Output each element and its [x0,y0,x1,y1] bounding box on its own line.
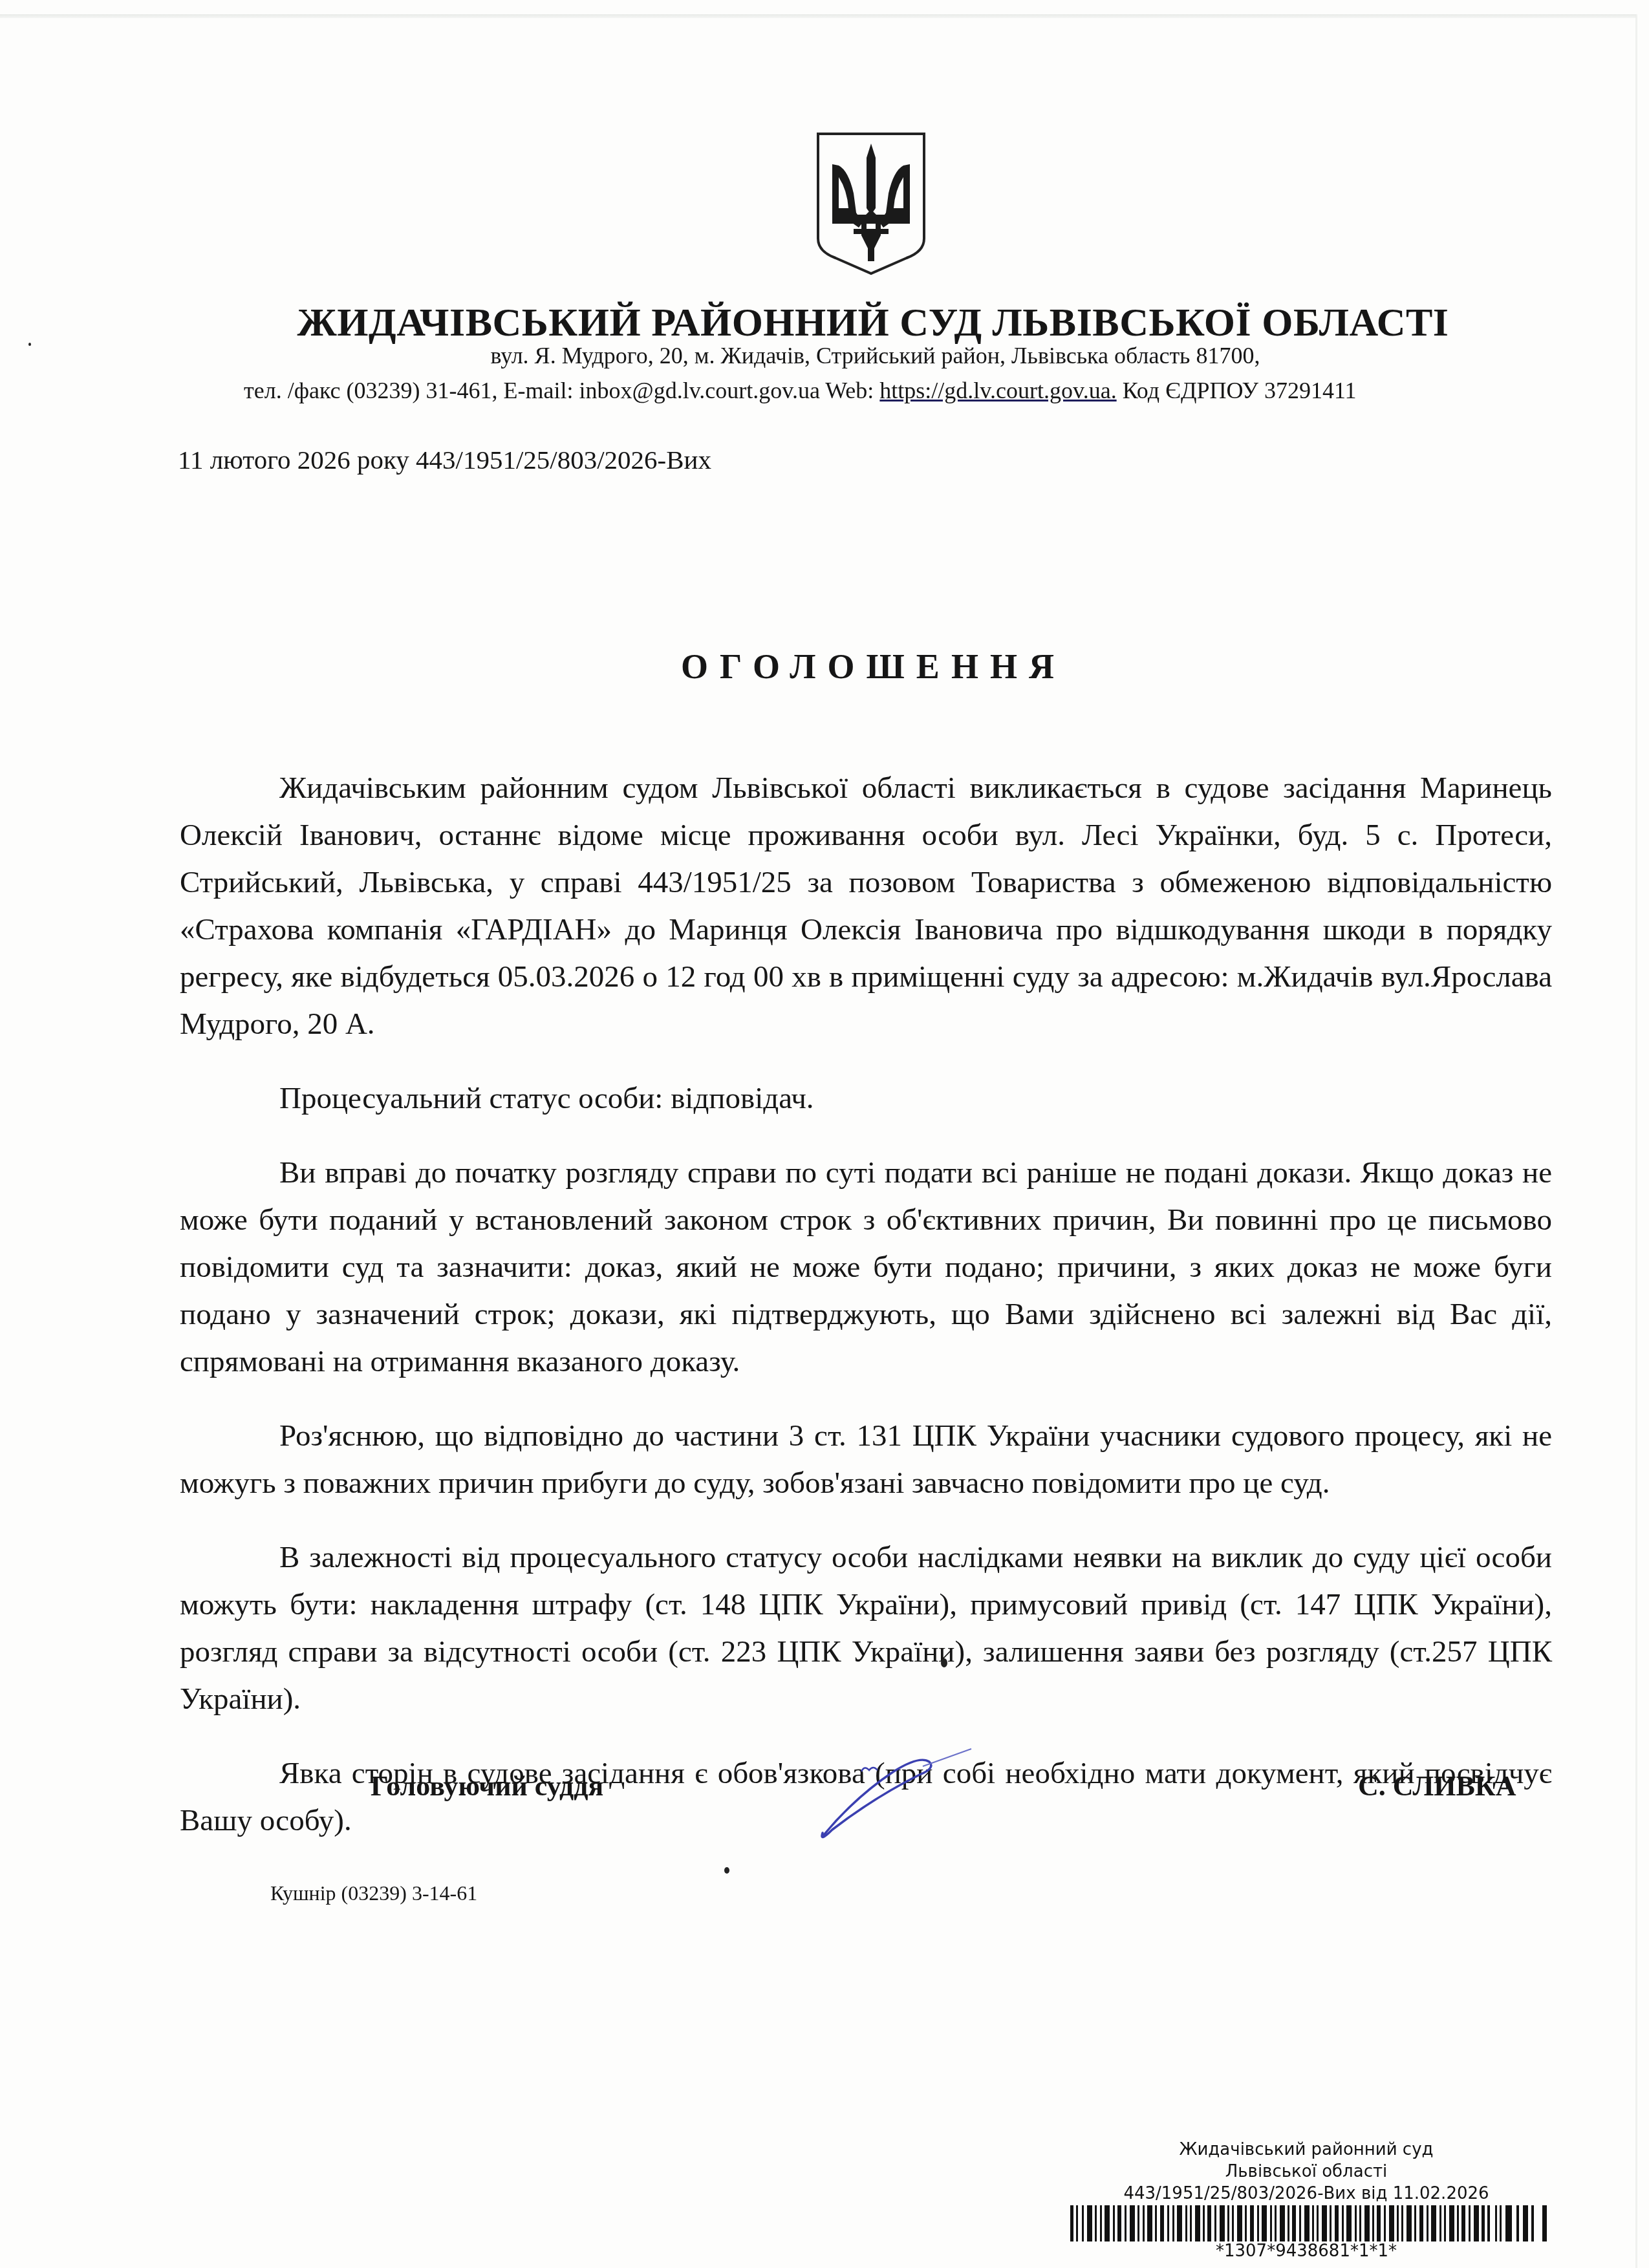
document-title: ОГОЛОШЕННЯ [681,645,1056,688]
handwritten-signature-icon [816,1746,1107,1843]
paragraph-evidence: Ви вправі до початку розгляду справи по … [180,1150,1552,1385]
outgoing-reference: 11 лютого 2026 року 443/1951/25/803/2026… [178,444,711,476]
contact-prefix: тел. /факс (03239) 31-461, E-mail: inbox… [244,378,879,403]
scan-speck [28,343,31,346]
executor-contact: Кушнір (03239) 3-14-61 [270,1880,477,1906]
announcement-body: Жидачівським районним судом Львівської о… [180,765,1552,1872]
website-link[interactable]: https://gd.lv.court.gov.ua. [879,378,1116,403]
stamp-court: Жидачівський районний суд [1061,2139,1552,2161]
scan-speck [941,1658,947,1667]
edrpou-code: Код ЄДРПОУ 37291411 [1117,378,1357,403]
court-address: вул. Я. Мудрого, 20, м. Жидачів, Стрийсь… [244,341,1507,370]
registration-stamp: Жидачівський районний суд Львівської обл… [1061,2139,1552,2205]
court-name: ЖИДАЧІВСЬКИЙ РАЙОННИЙ СУД ЛЬВІВСЬКОЇ ОБЛ… [259,300,1487,345]
coat-of-arms-icon [816,132,926,275]
barcode-number: *1307*9438681*1*1* [1061,2241,1552,2262]
paragraph-consequences: В залежності від процесуального статусу … [180,1534,1552,1723]
paragraph-notice: Роз'яснюю, що відповідно до частини 3 ст… [180,1413,1552,1507]
scan-top-edge [0,14,1636,18]
signer-role: Головуючий суддя [371,1764,603,1809]
stamp-reference: 443/1951/25/803/2026-Вих від 11.02.2026 [1061,2183,1552,2205]
barcode-icon [1070,2205,1547,2241]
scan-speck [724,1867,729,1874]
paragraph-summons: Жидачівським районним судом Львівської о… [180,765,1552,1048]
court-contacts: тел. /факс (03239) 31-461, E-mail: inbox… [244,376,1507,405]
paragraph-status: Процесуальний статус особи: відповідач. [180,1075,1552,1122]
scan-right-edge [1635,14,1637,2268]
stamp-region: Львівської області [1061,2161,1552,2183]
signer-name: С. СЛИВКА [1358,1764,1516,1809]
